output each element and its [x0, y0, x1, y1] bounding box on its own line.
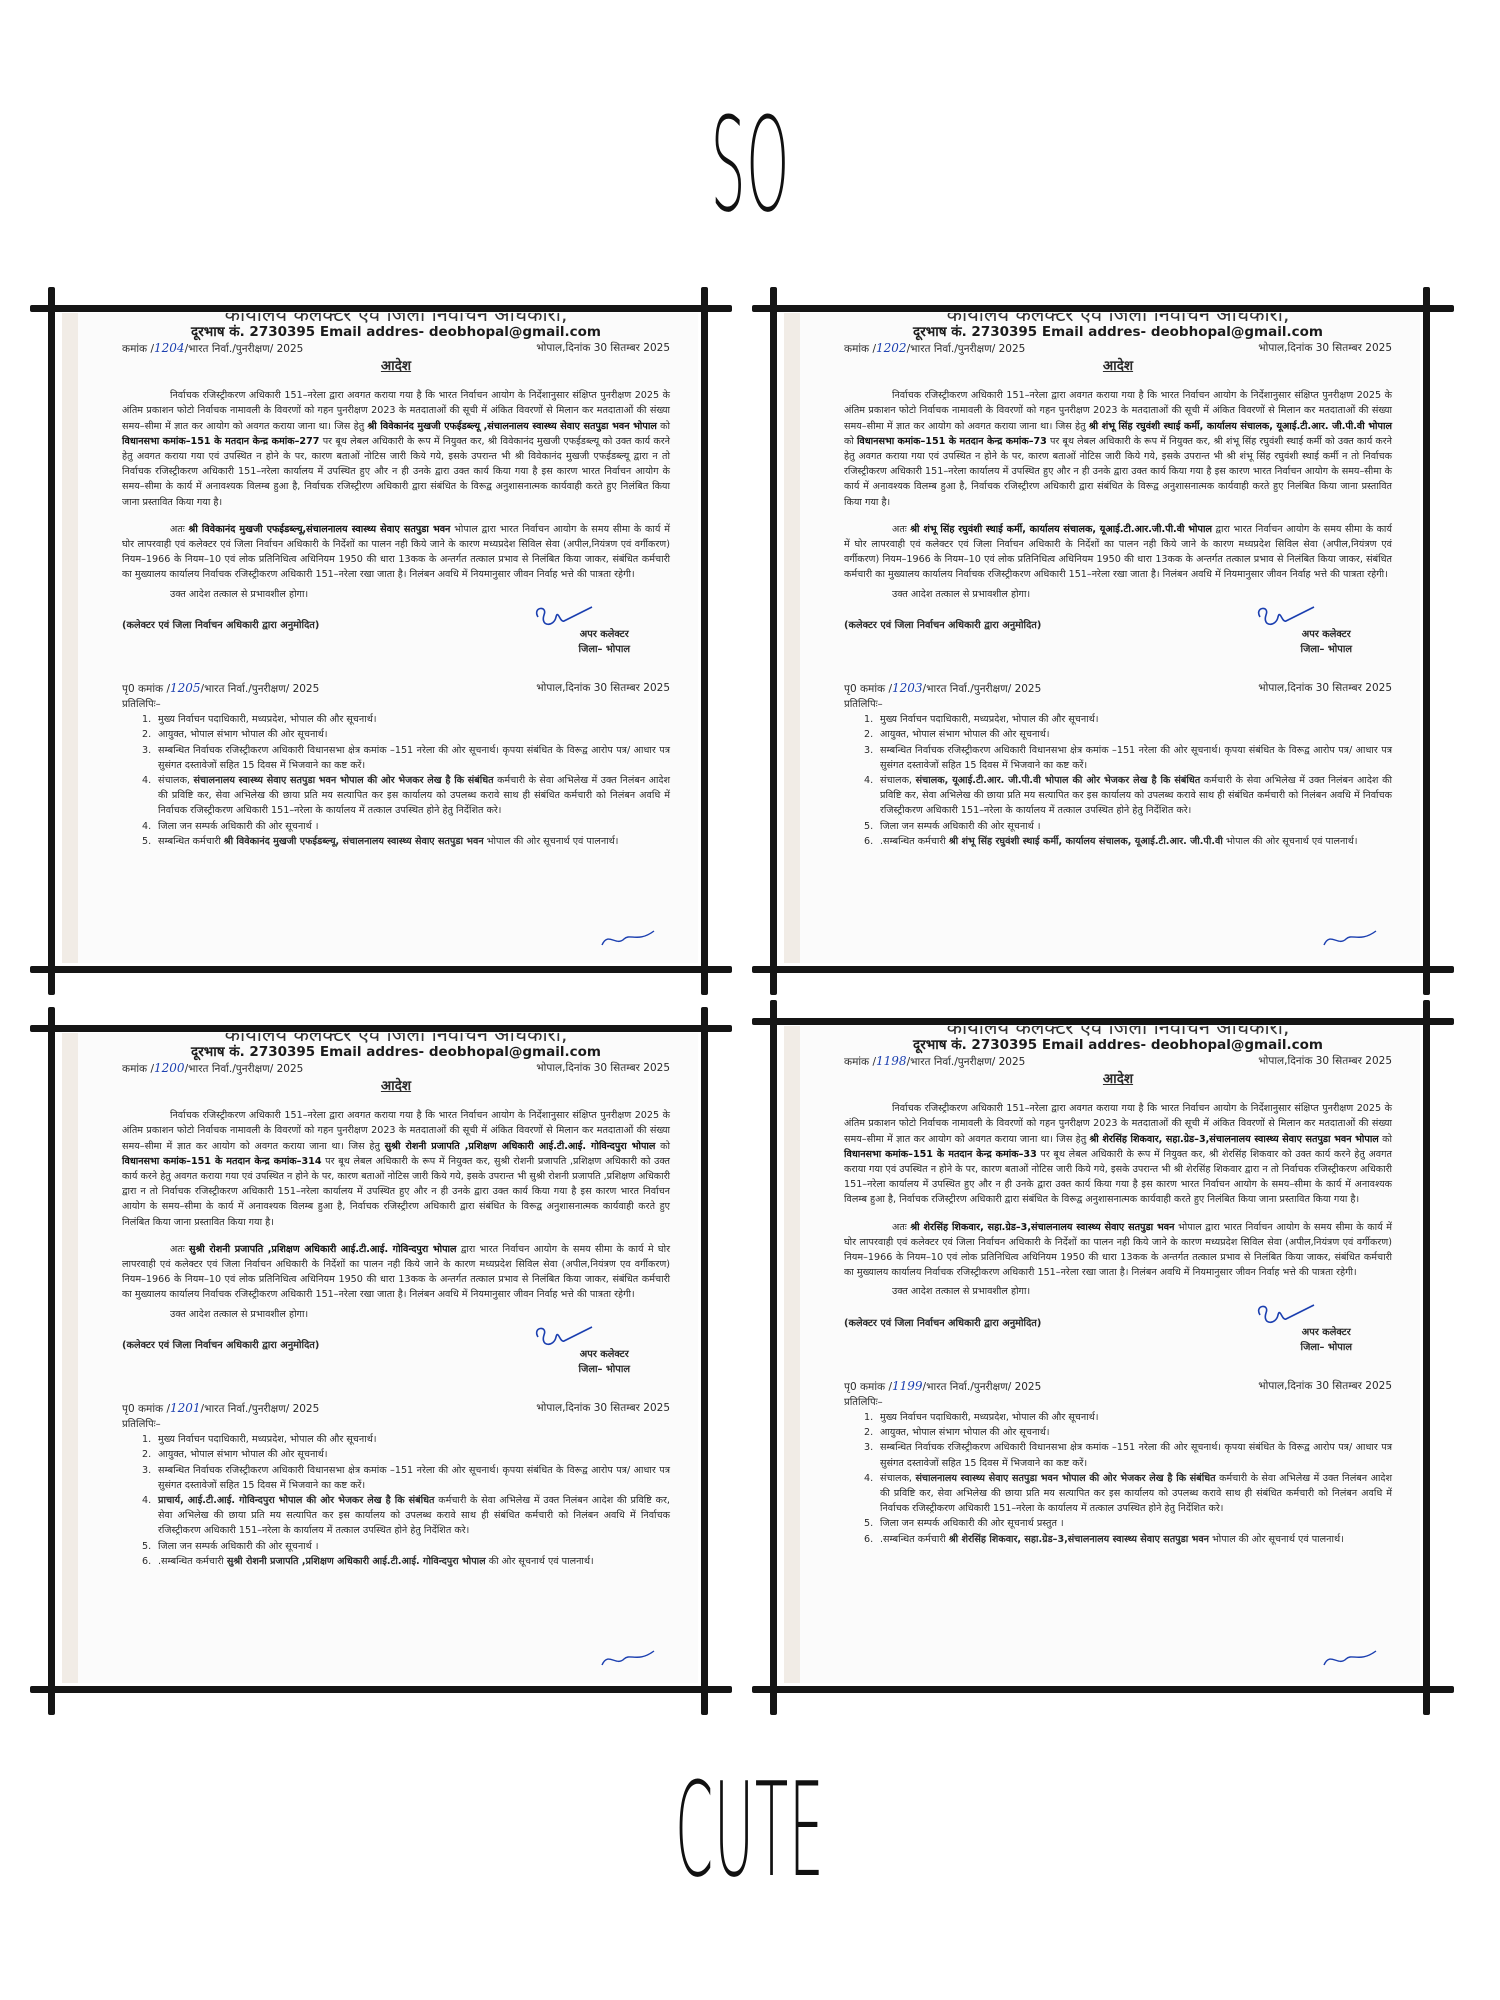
- paragraph-order: अतः सुश्री रोशनी प्रजापति ,प्रशिक्षण अधि…: [122, 1242, 670, 1303]
- copy-date-line: भोपाल,दिनांक 30 सितम्बर 2025: [1258, 1379, 1392, 1395]
- list-item: 3.सम्बन्धित निर्वाचक रजिस्ट्रीकरण अधिकार…: [864, 1440, 1392, 1470]
- handwritten-copy-ref-number: 1201: [170, 1401, 201, 1415]
- suspension-order: कार्यालय कलेक्टर एवं जिला निर्वाचन अधिका…: [122, 313, 670, 849]
- suspension-order: कार्यालय कलेक्टर एवं जिला निर्वाचन अधिका…: [844, 313, 1392, 849]
- effective-note: उक्त आदेश तत्काल से प्रभावशील होगा।: [844, 1284, 1392, 1299]
- frame-line-top: [30, 305, 732, 312]
- office-title: कार्यालय कलेक्टर एवं जिला निर्वाचन अधिका…: [122, 1033, 670, 1043]
- list-item: 5.जिला जन सम्पर्क अधिकारी की ओर सूचनार्थ…: [142, 1539, 670, 1554]
- list-item: 1.मुख्य निर्वाचन पदाधिकारी, मध्यप्रदेश, …: [864, 1410, 1392, 1425]
- list-item: 2.आयुक्त, भोपाल संभाग भोपाल की ओर सूचनार…: [864, 727, 1392, 742]
- paragraph-order: अतः श्री शेरसिंह शिकवार, सहा.ग्रेड–3,संच…: [844, 1220, 1392, 1281]
- signer-title: अपर कलेक्टर: [1301, 1325, 1352, 1340]
- list-item: 2.आयुक्त, भोपाल संभाग भोपाल की ओर सूचनार…: [864, 1425, 1392, 1440]
- caption-cute: CUTE: [0, 1765, 1500, 1895]
- employee-name: श्री विवेकानंद मुखजी एफईडब्ल्यू ,संचालना…: [368, 421, 657, 432]
- list-item: 5.सम्बन्धित कर्मचारी श्री विवेकानंद मुखज…: [142, 834, 670, 849]
- frame-line-left: [770, 1000, 777, 1715]
- document-page: कार्यालय कलेक्टर एवं जिला निर्वाचन अधिका…: [784, 1026, 1420, 1683]
- list-item: 4.जिला जन सम्पर्क अधिकारी की ओर सूचनार्थ…: [142, 819, 670, 834]
- list-item: 4.संचालक, संचालनालय स्वास्थ्य सेवाए सतपु…: [142, 773, 670, 819]
- signer-title: अपर कलेक्टर: [579, 627, 630, 642]
- reference-row: कमांक /1200/भारत निर्वा./पुनरीक्षण/ 2025…: [122, 1061, 670, 1077]
- signature-block: अपर कलेक्टरजिला– भोपाल: [844, 619, 1392, 671]
- initials-icon: [1320, 927, 1380, 949]
- list-item: 3.सम्बन्धित निर्वाचक रजिस्ट्रीकरण अधिकार…: [142, 1463, 670, 1493]
- paragraph-background: निर्वाचक रजिस्ट्रीकरण अधिकारी 151–नरेला …: [122, 1108, 670, 1230]
- suspension-order: कार्यालय कलेक्टर एवं जिला निर्वाचन अधिका…: [844, 1026, 1392, 1547]
- reference-number: कमांक /1204/भारत निर्वा./पुनरीक्षण/ 2025: [122, 341, 303, 357]
- handwritten-ref-number: 1204: [154, 341, 185, 355]
- booth-number: विधानसभा कमांक–151 के मतदान केन्द्र कमां…: [122, 436, 319, 447]
- list-item: 4.संचालक, संचालक, यूआई.टी.आर. जी.पी.वी भ…: [864, 773, 1392, 819]
- reference-number: कमांक /1198/भारत निर्वा./पुनरीक्षण/ 2025: [844, 1054, 1025, 1070]
- copy-date-line: भोपाल,दिनांक 30 सितम्बर 2025: [536, 681, 670, 697]
- contact-line: दूरभाष कं. 2730395 Email addres- deobhop…: [844, 1036, 1392, 1054]
- copy-to-list: 1.मुख्य निर्वाचन पदाधिकारी, मध्यप्रदेश, …: [122, 712, 670, 849]
- frame-line-top: [752, 1018, 1454, 1025]
- frame-line-left: [48, 287, 55, 995]
- copy-date-line: भोपाल,दिनांक 30 सितम्बर 2025: [536, 1401, 670, 1417]
- employee-name: सुश्री रोशनी प्रजापति ,प्रशिक्षण अधिकारी…: [385, 1141, 656, 1152]
- effective-note: उक्त आदेश तत्काल से प्रभावशील होगा।: [122, 587, 670, 602]
- paragraph-order: अतः श्री शंभू सिंह रघुवंशी स्थाई कर्मी, …: [844, 522, 1392, 583]
- paragraph-background: निर्वाचक रजिस्ट्रीकरण अधिकारी 151–नरेला …: [122, 388, 670, 510]
- initials-icon: [598, 1647, 658, 1669]
- handwritten-copy-ref-number: 1199: [892, 1379, 923, 1393]
- caption-so: SO: [0, 100, 1500, 230]
- reference-number: कमांक /1202/भारत निर्वा./पुनरीक्षण/ 2025: [844, 341, 1025, 357]
- signature-block: अपर कलेक्टरजिला– भोपाल: [844, 1317, 1392, 1369]
- order-heading: आदेश: [122, 1079, 670, 1094]
- frame-line-top: [30, 1025, 732, 1032]
- copy-to-list: 1.मुख्य निर्वाचन पदाधिकारी, मध्यप्रदेश, …: [844, 1410, 1392, 1547]
- document-page: कार्यालय कलेक्टर एवं जिला निर्वाचन अधिका…: [62, 313, 698, 963]
- handwritten-ref-number: 1198: [876, 1054, 907, 1068]
- signer-district: जिला– भोपाल: [1301, 1340, 1352, 1355]
- frame-line-bottom: [30, 966, 732, 973]
- booth-number: विधानसभा कमांक–151 के मतदान केन्द्र कमां…: [857, 436, 1047, 447]
- list-item: 5.जिला जन सम्पर्क अधिकारी की ओर सूचनार्थ…: [864, 1516, 1392, 1531]
- document-frame-1: कार्यालय कलेक्टर एवं जिला निर्वाचन अधिका…: [48, 305, 708, 973]
- initials-icon: [1320, 1647, 1380, 1669]
- list-item: 4.प्राचार्य, आई.टी.आई. गोविन्दपुरा भोपाल…: [142, 1493, 670, 1539]
- copy-reference-row: पृ0 कमांक /1199/भारत निर्वा./पुनरीक्षण/ …: [844, 1379, 1392, 1395]
- copy-reference-row: पृ0 कमांक /1201/भारत निर्वा./पुनरीक्षण/ …: [122, 1401, 670, 1417]
- signer-title: अपर कलेक्टर: [579, 1347, 630, 1362]
- paragraph-background: निर्वाचक रजिस्ट्रीकरण अधिकारी 151–नरेला …: [844, 388, 1392, 510]
- contact-line: दूरभाष कं. 2730395 Email addres- deobhop…: [122, 323, 670, 341]
- list-item: 1.मुख्य निर्वाचन पदाधिकारी, मध्यप्रदेश, …: [142, 1432, 670, 1447]
- document-page: कार्यालय कलेक्टर एवं जिला निर्वाचन अधिका…: [62, 1033, 698, 1683]
- order-heading: आदेश: [844, 359, 1392, 374]
- copy-reference-row: पृ0 कमांक /1203/भारत निर्वा./पुनरीक्षण/ …: [844, 681, 1392, 697]
- date-line: भोपाल,दिनांक 30 सितम्बर 2025: [536, 341, 670, 357]
- list-item: 2.आयुक्त, भोपाल संभाग भोपाल की ओर सूचनार…: [142, 1447, 670, 1462]
- copy-reference-row: पृ0 कमांक /1205/भारत निर्वा./पुनरीक्षण/ …: [122, 681, 670, 697]
- list-item: 6..सम्बन्धित कर्मचारी सुश्री रोशनी प्रजा…: [142, 1554, 670, 1569]
- reference-number: कमांक /1200/भारत निर्वा./पुनरीक्षण/ 2025: [122, 1061, 303, 1077]
- effective-note: उक्त आदेश तत्काल से प्रभावशील होगा।: [844, 587, 1392, 602]
- frame-line-bottom: [752, 966, 1454, 973]
- date-line: भोपाल,दिनांक 30 सितम्बर 2025: [536, 1061, 670, 1077]
- frame-line-bottom: [30, 1686, 732, 1693]
- date-line: भोपाल,दिनांक 30 सितम्बर 2025: [1258, 1054, 1392, 1070]
- paragraph-order: अतः श्री विवेकानंद मुखजी एफईडब्ल्यू,संचा…: [122, 522, 670, 583]
- document-frame-4: कार्यालय कलेक्टर एवं जिला निर्वाचन अधिका…: [770, 1018, 1430, 1693]
- copy-to-list: 1.मुख्य निर्वाचन पदाधिकारी, मध्यप्रदेश, …: [844, 712, 1392, 849]
- frame-line-right: [1423, 287, 1430, 995]
- contact-line: दूरभाष कं. 2730395 Email addres- deobhop…: [122, 1043, 670, 1061]
- list-item: 6..सम्बन्धित कर्मचारी श्री शेरसिंह शिकवा…: [864, 1532, 1392, 1547]
- list-item: 5.जिला जन सम्पर्क अधिकारी की ओर सूचनार्थ…: [864, 819, 1392, 834]
- employee-name: श्री शेरसिंह शिकवार, सहा.ग्रेड–3,संचालना…: [1090, 1134, 1379, 1145]
- date-line: भोपाल,दिनांक 30 सितम्बर 2025: [1258, 341, 1392, 357]
- copy-to-label: प्रतिलिपिः–: [844, 697, 1392, 712]
- paragraph-background: निर्वाचक रजिस्ट्रीकरण अधिकारी 151–नरेला …: [844, 1101, 1392, 1207]
- suspension-order: कार्यालय कलेक्टर एवं जिला निर्वाचन अधिका…: [122, 1033, 670, 1569]
- handwritten-copy-ref-number: 1203: [892, 681, 923, 695]
- list-item: 4.संचालक, संचालनालय स्वास्थ्य सेवाए सतपु…: [864, 1471, 1392, 1517]
- effective-note: उक्त आदेश तत्काल से प्रभावशील होगा।: [122, 1307, 670, 1322]
- signer-district: जिला– भोपाल: [1301, 642, 1352, 657]
- frame-line-left: [48, 1007, 55, 1715]
- employee-name: श्री शंभू सिंह रघुवंशी स्थाई कर्मी, कार्…: [1089, 421, 1392, 432]
- copy-to-list: 1.मुख्य निर्वाचन पदाधिकारी, मध्यप्रदेश, …: [122, 1432, 670, 1569]
- copy-to-label: प्रतिलिपिः–: [122, 1417, 670, 1432]
- order-heading: आदेश: [122, 359, 670, 374]
- reference-row: कमांक /1204/भारत निर्वा./पुनरीक्षण/ 2025…: [122, 341, 670, 357]
- list-item: 6..सम्बन्धित कर्मचारी श्री शंभू सिंह रघु…: [864, 834, 1392, 849]
- copy-date-line: भोपाल,दिनांक 30 सितम्बर 2025: [1258, 681, 1392, 697]
- handwritten-copy-ref-number: 1205: [170, 681, 201, 695]
- office-title: कार्यालय कलेक्टर एवं जिला निर्वाचन अधिका…: [844, 313, 1392, 323]
- order-heading: आदेश: [844, 1072, 1392, 1087]
- signer-title: अपर कलेक्टर: [1301, 627, 1352, 642]
- office-title: कार्यालय कलेक्टर एवं जिला निर्वाचन अधिका…: [122, 313, 670, 323]
- signer-district: जिला– भोपाल: [579, 1362, 630, 1377]
- copy-to-label: प्रतिलिपिः–: [844, 1395, 1392, 1410]
- list-item: 3.सम्बन्धित निर्वाचक रजिस्ट्रीकरण अधिकार…: [142, 743, 670, 773]
- frame-line-top: [752, 305, 1454, 312]
- signer-district: जिला– भोपाल: [579, 642, 630, 657]
- contact-line: दूरभाष कं. 2730395 Email addres- deobhop…: [844, 323, 1392, 341]
- list-item: 3.सम्बन्धित निर्वाचक रजिस्ट्रीकरण अधिकार…: [864, 743, 1392, 773]
- frame-line-bottom: [752, 1686, 1454, 1693]
- list-item: 1.मुख्य निर्वाचन पदाधिकारी, मध्यप्रदेश, …: [864, 712, 1392, 727]
- signature-block: अपर कलेक्टरजिला– भोपाल: [122, 619, 670, 671]
- copy-to-label: प्रतिलिपिः–: [122, 697, 670, 712]
- initials-icon: [598, 927, 658, 949]
- frame-line-right: [701, 287, 708, 995]
- frame-line-right: [701, 1007, 708, 1715]
- handwritten-ref-number: 1200: [154, 1061, 185, 1075]
- booth-number: विधानसभा कमांक–151 के मतदान केन्द्र कमां…: [122, 1156, 322, 1167]
- list-item: 1.मुख्य निर्वाचन पदाधिकारी, मध्यप्रदेश, …: [142, 712, 670, 727]
- handwritten-ref-number: 1202: [876, 341, 907, 355]
- signature-block: अपर कलेक्टरजिला– भोपाल: [122, 1339, 670, 1391]
- frame-line-right: [1423, 1000, 1430, 1715]
- office-title: कार्यालय कलेक्टर एवं जिला निर्वाचन अधिका…: [844, 1026, 1392, 1036]
- reference-row: कमांक /1202/भारत निर्वा./पुनरीक्षण/ 2025…: [844, 341, 1392, 357]
- booth-number: विधानसभा कमांक–151 के मतदान केन्द्र कमां…: [844, 1149, 1037, 1160]
- frame-line-left: [770, 287, 777, 995]
- document-frame-3: कार्यालय कलेक्टर एवं जिला निर्वाचन अधिका…: [48, 1025, 708, 1693]
- document-page: कार्यालय कलेक्टर एवं जिला निर्वाचन अधिका…: [784, 313, 1420, 963]
- document-frame-2: कार्यालय कलेक्टर एवं जिला निर्वाचन अधिका…: [770, 305, 1430, 973]
- list-item: 2.आयुक्त, भोपाल संभाग भोपाल की ओर सूचनार…: [142, 727, 670, 742]
- reference-row: कमांक /1198/भारत निर्वा./पुनरीक्षण/ 2025…: [844, 1054, 1392, 1070]
